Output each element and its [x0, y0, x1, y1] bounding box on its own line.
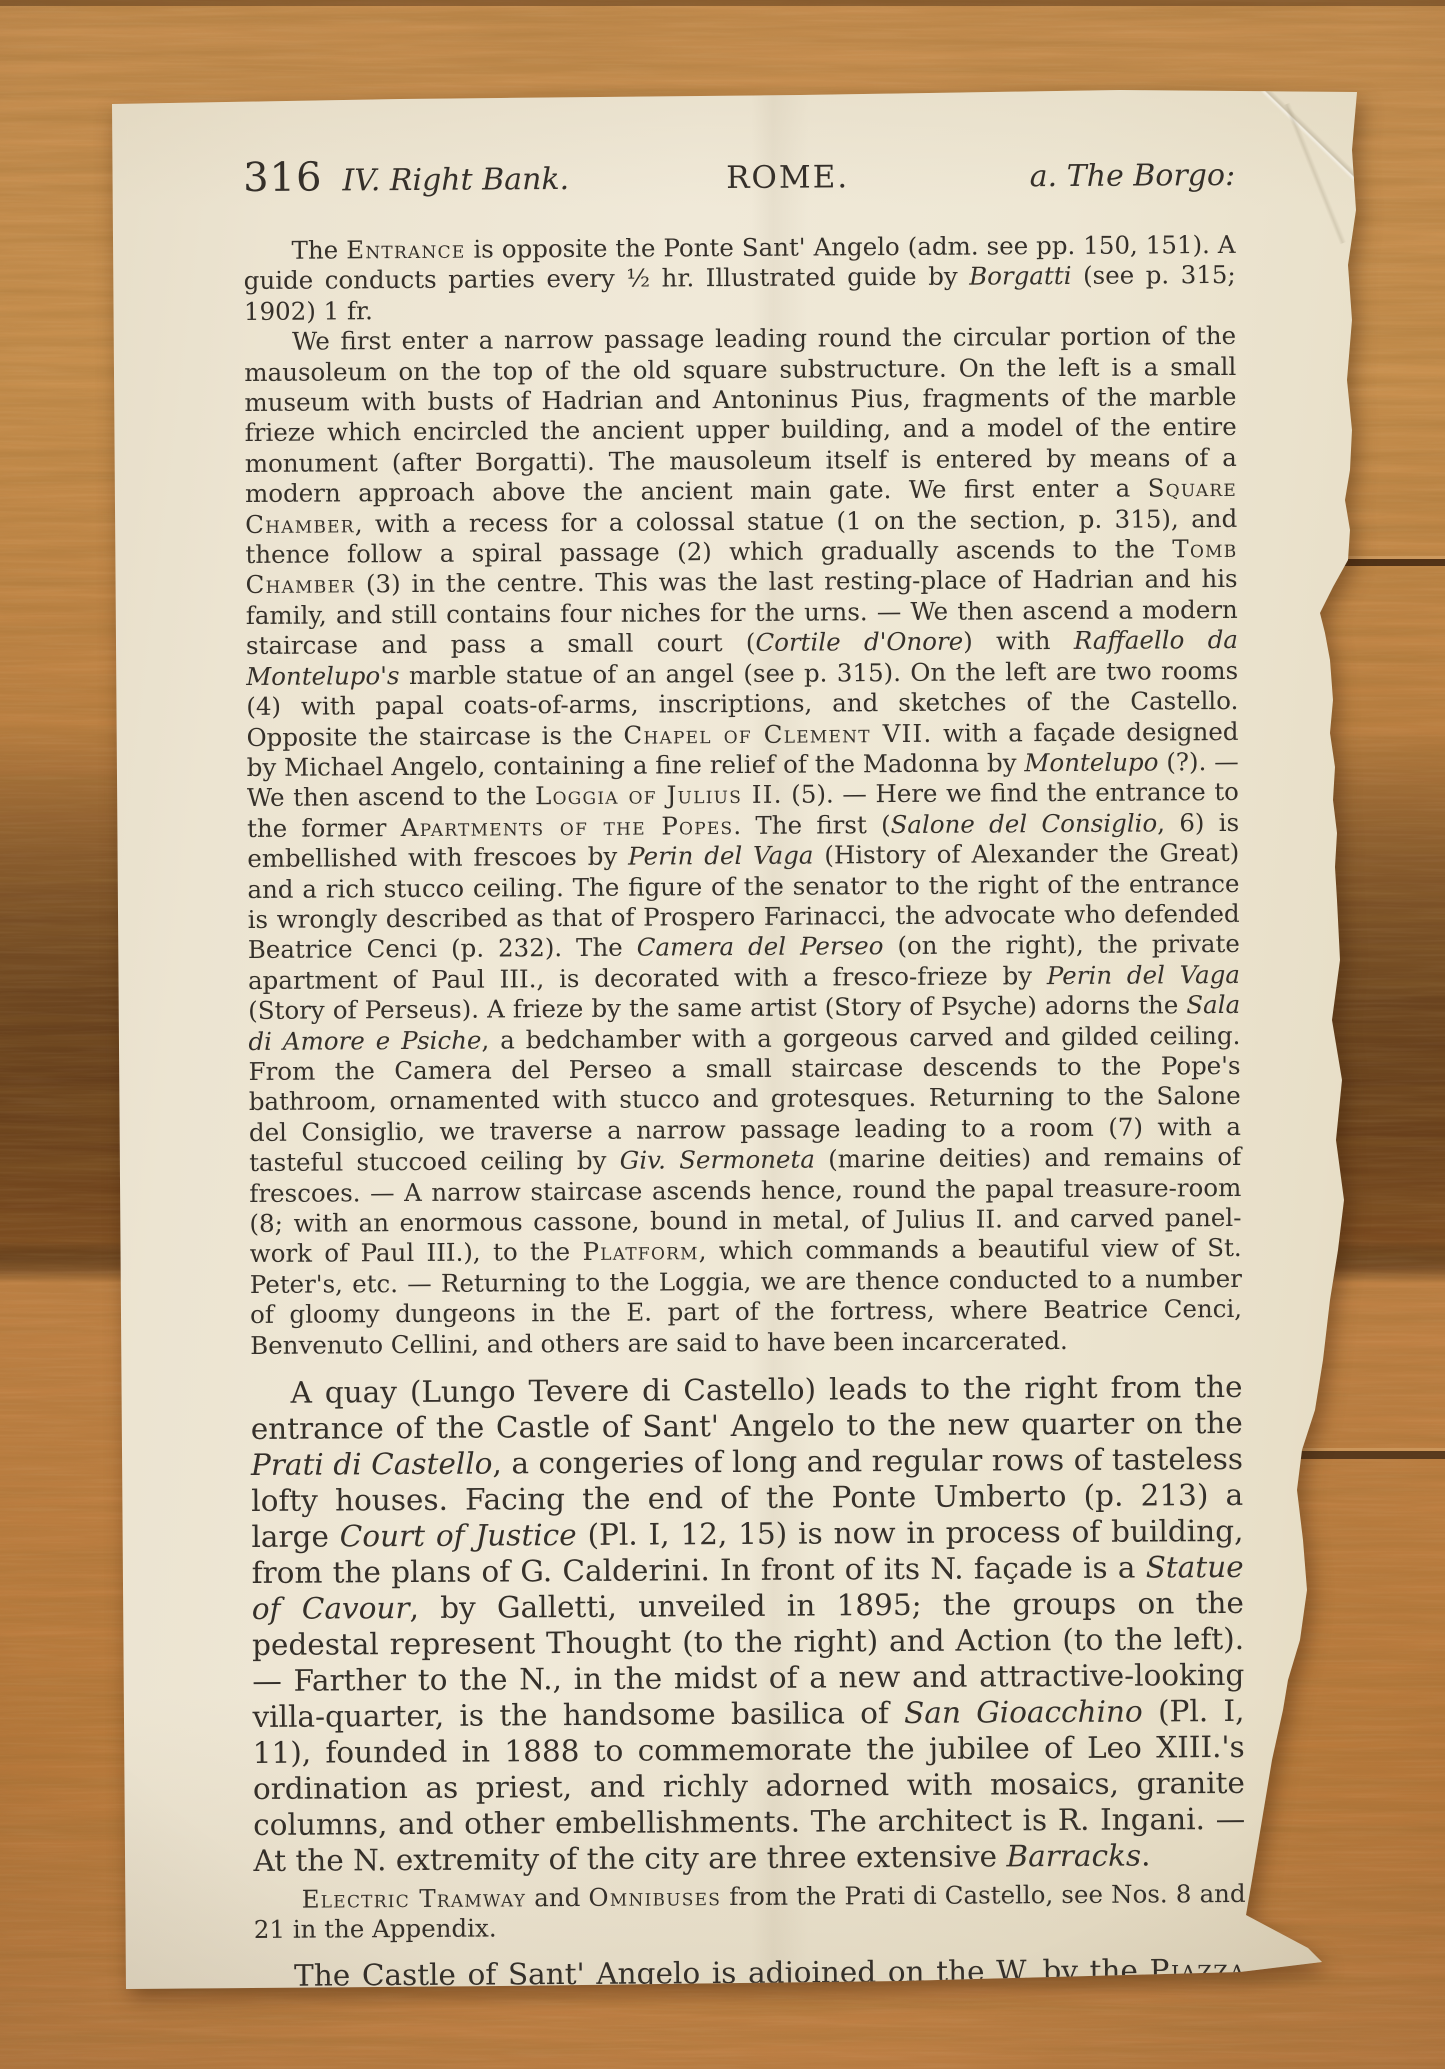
paragraph-piazza-pia: The Castle of Sant' Angelo is adjoined o… [254, 1952, 1246, 2030]
paragraph-tramway-note: Electric Tramway and Omnibuses from the … [254, 1879, 1246, 1946]
paragraph-quay: A quay (Lungo Tevere di Castello) leads … [250, 1369, 1245, 1879]
header-section: IV. Right Bank. [342, 162, 569, 198]
page-content: 316 IV. Right Bank. ROME. a. The Borgo: … [243, 152, 1246, 2030]
photo-scene: 316 IV. Right Bank. ROME. a. The Borgo: … [0, 0, 1445, 2069]
header-spacer [849, 186, 1030, 187]
paragraph-interior-description: We first enter a narrow passage leading … [244, 321, 1242, 1361]
page-number: 316 [243, 158, 323, 198]
torn-page-wrapper: 316 IV. Right Bank. ROME. a. The Borgo: … [0, 0, 1445, 2069]
corner-crease-small [1284, 103, 1347, 245]
book-page: 316 IV. Right Bank. ROME. a. The Borgo: … [0, 0, 1445, 2069]
header-subsection: a. The Borgo: [1030, 158, 1236, 194]
header-spacer [569, 188, 726, 189]
paragraph-entrance-note: The Entrance is opposite the Ponte Sant'… [243, 230, 1236, 327]
page-header: 316 IV. Right Bank. ROME. a. The Borgo: [243, 152, 1235, 199]
header-title: ROME. [726, 159, 849, 196]
